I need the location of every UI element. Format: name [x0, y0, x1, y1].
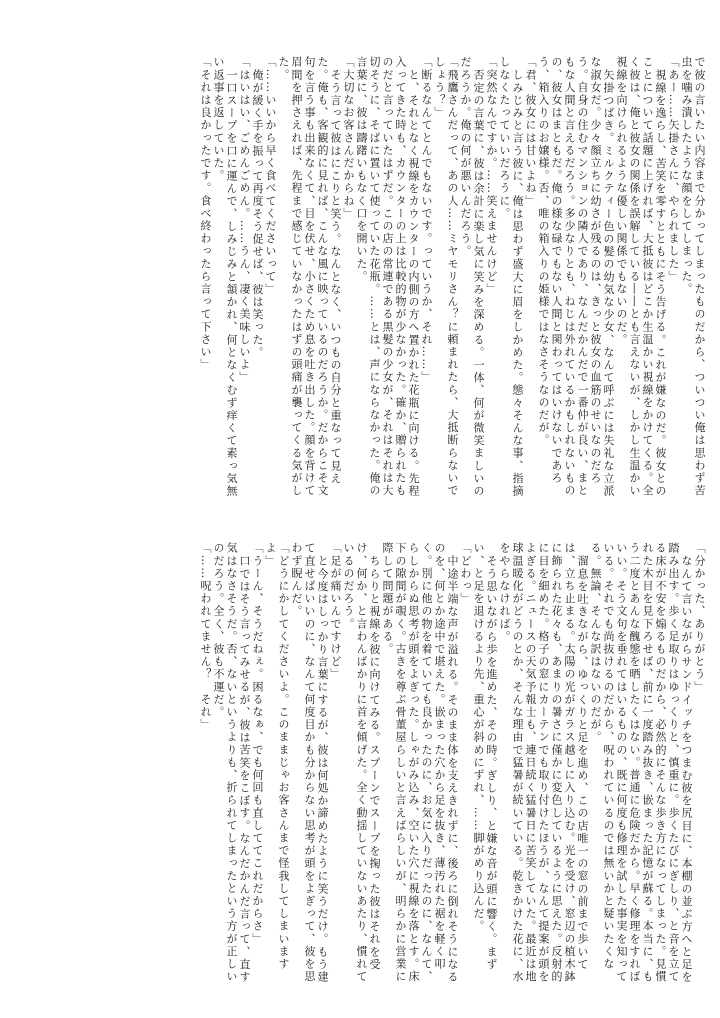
- top-text-block: で彼の言いたい内容まで分かってしまったものだから、ついつい俺は思わず苦虫を噛み潰…: [85, 56, 706, 506]
- dialogue-line: 「うーん、そうだねぇ。困るなぁ、でも何回も直しててこれだからさ」: [251, 542, 264, 988]
- narration-paragraph: と、それとなく視線をカウンターの内側の方へ置かれた花瓶に向ける。先程入ってきた時…: [355, 56, 420, 506]
- narration-paragraph: しみじみと言う彼に、俺は思わず盛大に眉をしかめた。態々そんな事、指摘しなくたって…: [498, 56, 524, 506]
- narration-paragraph: 一口スープを口に運んで、しみじみと頷かれ、何となくむず痒くて素っ気無い返事を返し…: [212, 56, 238, 506]
- dialogue-line: 「……いいから早く食べてくださいって」: [264, 56, 277, 506]
- dialogue-line: 「断るなんてとんでもないです。っていうか、それ……」: [420, 56, 433, 506]
- narration-paragraph: 溜息を吐きながら、ゆっくりと足を進め、この店唯一の窓の前まで歩いては、立ち止まる…: [498, 542, 589, 988]
- narration-paragraph: ちらりと視線を彼に向けてみる。スプーンでスープを掬った彼はそれを受け、何か、と言…: [342, 542, 381, 988]
- dialogue-line: 「どわっ」: [459, 542, 472, 988]
- dialogue-line: 「君、彼女には甘いよね」: [524, 56, 537, 506]
- narration-paragraph: で彼の言いたい内容まで分かってしまったものだから、ついつい俺は思わず苦虫を噛み潰…: [680, 56, 706, 506]
- narration-paragraph: と今度はしっかり言葉にするが、彼は何処か諦めたように笑うだけ。もう建て直せばいい…: [290, 542, 329, 988]
- dialogue-line: 「はいはい、ごめんごめん。……うん、凄く美味しいよ」: [238, 56, 251, 506]
- dialogue-line: 「飛鷹さんだって、あの人……ミヤモリさん？に頼まれたら、大抵断らないでしょう？」: [433, 56, 459, 506]
- narration-paragraph: なんて言いながらサンドイッチをつまむ彼を尻目に、本棚の並ぶ方へと足を踏み出す。歩…: [589, 542, 693, 988]
- narration-paragraph: そう言って彼はにこりと笑う。なんとなく、いつもの自分と重なって見えた。俺も、客観…: [277, 56, 342, 506]
- narration-paragraph: 否定の言葉に、彼は余計に楽し気に笑みを深める。一体、何が微笑ましいのだろうか。俺…: [459, 56, 485, 506]
- narration-paragraph: 口ではそう言ってみせるが、彼は苦笑をこぼす。なんだかんだ言って、直す気はなさそう…: [212, 542, 251, 988]
- novel-page: で彼の言いたい内容まで分かってしまったものだから、ついつい俺は思わず苦虫を噛み潰…: [0, 0, 720, 1018]
- narration-paragraph: 俺が緩く手を振って再度そう促せば、彼は笑った。: [251, 56, 264, 506]
- dialogue-line: 「どうにかしてくださいよ。このままじゃお客さんまで怪我してしまいますよ」: [264, 542, 290, 988]
- dialogue-line: 「突然なんですか。……笑えませんけど」: [485, 56, 498, 506]
- dialogue-line: 「……呪われてません？ それ」: [199, 542, 212, 988]
- narration-paragraph: 中途半端な声が溢れる。そのまま体を支えきれずに、後ろに倒れそうになるのを、何とか…: [381, 542, 459, 988]
- dialogue-line: 「それは良かったです。食べ終わったら言って下さい」: [199, 56, 212, 506]
- narration-paragraph: 視線を逸らし、苦笑を零すとともにそう告げる。これが嫌なのだ。彼女とのことについて…: [615, 56, 667, 506]
- dialogue-line: 「足が痛いんですけど」: [329, 542, 342, 988]
- dialogue-line: 「分かった、ありがとう」: [693, 542, 706, 988]
- dialogue-line: 「大切なお客さんだからね」: [342, 56, 355, 506]
- narration-paragraph: そう思いながら歩を進めた、その時。ぎしり、と嫌な音が頭に響く。まずい、と足を退け…: [472, 542, 498, 988]
- bottom-text-block: 「分かった、ありがとう」なんて言いながらサンドイッチをつまむ彼を尻目に、本棚の並…: [85, 542, 706, 988]
- dialogue-line: 「あー……矢掛さんに、やられました」: [667, 56, 680, 506]
- narration-paragraph: 矢掛つばき。ミルクティー色の髪の幼気な少女、なんて呼ぶには失礼な立派な淑女だ。少…: [537, 56, 615, 506]
